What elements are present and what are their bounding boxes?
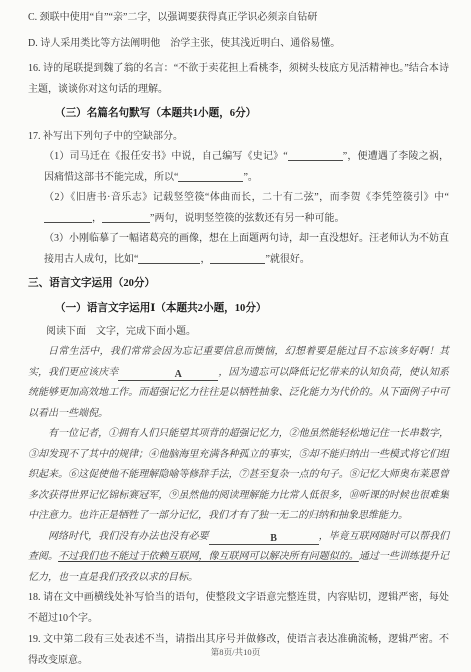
section-heading-language-use: 三、语言文字运用（20分） [28, 273, 449, 295]
fill-in-blank [138, 251, 200, 264]
passage-p3-underlined-sentence: 不过我们也不能过于依赖互联网，像互联网可以解决所有问题似的。 [58, 551, 359, 562]
question-17-item-2: （2）《旧唐书·音乐志》记载竖箜篌“体曲而长，二十有二弦”，而李贺《李凭箜篌引》… [44, 188, 449, 229]
q17-1-text-3: ”。 [243, 172, 257, 183]
q17-3-text-2: ， [200, 254, 210, 265]
fill-in-blank [210, 251, 265, 264]
fill-in-blank [44, 210, 92, 223]
passage-paragraph-1: 日常生活中，我们常常会因为忘记重要信息而懊恼，幻想着要是能过目不忘该多好啊！其实… [28, 342, 449, 424]
q17-2-text-3: ”两句，说明竖箜篌的弦数还有另一种可能。 [150, 213, 344, 224]
passage-paragraph-2: 有一位记者，①拥有人们只能望其项背的超强记忆力，②他虽然能轻松地记住一长串数字，… [28, 424, 449, 527]
page-footer: 第8页/共10页 [0, 646, 471, 658]
q17-2-text-1: （2）《旧唐书·音乐志》记载竖箜篌“体曲而长，二十有二弦”，而李贺《李凭箜篌引》… [44, 192, 449, 203]
subsection-heading-language-use-1: （一）语言文字运用Ⅰ（本题共2小题，10分） [55, 298, 449, 320]
q17-3-text-3: ”就很好。 [265, 254, 309, 265]
question-18: 18. 请在文中画横线处补写恰当的语句，使整段文字语意完整连贯，内容贴切，逻辑严… [28, 588, 449, 629]
q17-2-text-2: ， [92, 213, 102, 224]
q17-1-text-1: （1）司马迁在《报任安书》中说，自己编写《史记》“ [44, 151, 288, 162]
fill-in-blank-a: A [118, 368, 218, 381]
passage-p3-text-1: 网络时代，我们没有办法也没有必要 [48, 531, 209, 542]
option-c: C. 颈联中使用“自”“亲”二字，以强调要获得真正学识必须亲自钻研 [28, 8, 449, 29]
question-17-item-3: （3）小刚临摹了一幅诸葛亮的画像，想在上面题两句诗，却一直没想好。汪老师认为不妨… [44, 229, 449, 270]
reading-passage: 日常生活中，我们常常会因为忘记重要信息而懊恼，幻想着要是能过目不忘该多好啊！其实… [28, 342, 449, 588]
fill-in-blank-b: B [209, 532, 319, 545]
question-17-stem: 17. 补写出下列句子中的空缺部分。 [28, 127, 449, 148]
section-heading-famous-passages: （三）名篇名句默写（本题共1小题，6分） [55, 103, 449, 125]
fill-in-blank [288, 148, 343, 161]
reading-instruction: 阅读下面 文字，完成下面小题。 [28, 322, 449, 343]
option-d: D. 诗人采用类比等方法阐明他 治学主张，使其浅近明白、通俗易懂。 [28, 34, 449, 55]
question-16: 16. 诗的尾联提到魏了翁的名言：“不欲于卖花担上看桃李，须树头枝底方见活精神也… [28, 59, 449, 100]
exam-page: C. 颈联中使用“自”“亲”二字，以强调要获得真正学识必须亲自钻研 D. 诗人采… [0, 0, 471, 671]
fill-in-blank [178, 169, 243, 182]
passage-paragraph-3: 网络时代，我们没有办法也没有必要B，毕竟互联网随时可以帮我们查阅。不过我们也不能… [28, 527, 449, 589]
question-17-item-1: （1）司马迁在《报任安书》中说，自己编写《史记》“”，便遭遇了李陵之祸，因痛惜这… [44, 147, 449, 188]
fill-in-blank [102, 210, 150, 223]
